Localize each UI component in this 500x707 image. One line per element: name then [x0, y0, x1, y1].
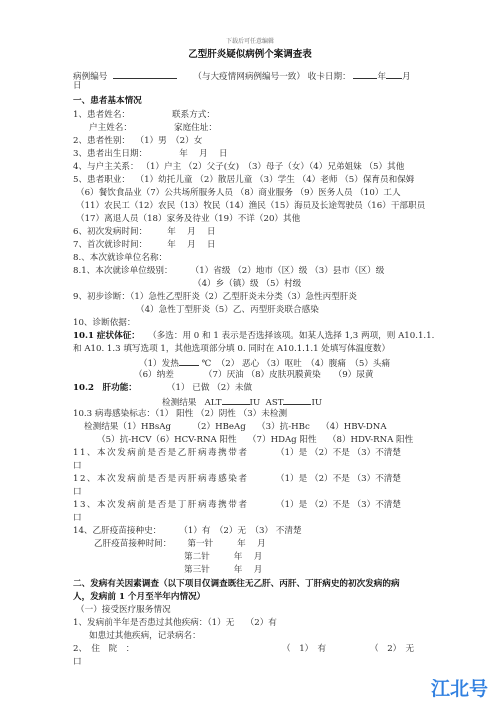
- q13-checkbox[interactable]: 口: [73, 513, 82, 524]
- unit-level-options-1[interactable]: （1）省级 （2）地市（区）级 （3）县市（区）级: [191, 266, 385, 276]
- result-label: 检测结果: [162, 398, 196, 408]
- virus-marker-label: 10.3 病毒感染标志：: [73, 409, 155, 419]
- diagnosis-options-1[interactable]: （1）急性乙型肝炎（2）乙型肝炎未分类（3）急性丙型肝炎: [130, 292, 357, 302]
- s2-q2-row: 2、 住 院 ：: [73, 644, 134, 655]
- liver-function-label: 10.2 肝功能：: [73, 383, 137, 393]
- q12-checkbox[interactable]: 口: [73, 487, 82, 498]
- onset-date-label: 6、初次发病时间：: [73, 227, 147, 237]
- q101-row: 10.1 症状体征： （多选：用 0 和 1 表示是否选择该项。如某人选择 1,…: [73, 331, 434, 342]
- diagnosis-options-2[interactable]: （4）急性丁型肝炎（5）乙、丙型肝炎联合感染: [136, 305, 319, 316]
- liver-function-options[interactable]: （1） 已做 （2）未做: [167, 383, 252, 393]
- q10-basis: 10、诊断依据：: [73, 318, 136, 329]
- header-note: 下载后可任意编辑: [0, 36, 500, 45]
- q102-row: 10.2 肝功能：（1） 已做 （2）未做: [73, 383, 252, 394]
- birthdate-fields[interactable]: 年 月 日: [179, 149, 227, 159]
- hospitalized-no[interactable]: （ 2） 无: [370, 644, 414, 655]
- section1-heading: 一、患者基本情况: [73, 96, 142, 107]
- liver-result-row: 检测结果 ALTIU ASTIU: [162, 396, 322, 409]
- s2-q1-note: 如患过其他疾病，记录病名：: [89, 631, 201, 642]
- q13-row: 13、本次发病前是否是丁肝病毒携带者: [73, 500, 248, 511]
- symptoms-options-2[interactable]: （6）纳差 （7）厌油 （8）皮肤巩膜黄染 （9）尿黄: [134, 370, 373, 381]
- hbv-carrier-options[interactable]: （1）是 （2）不是 （3）不清楚: [276, 448, 401, 459]
- contact-label: 联系方式：: [172, 110, 215, 120]
- section2-sub1: （一）接受医疗服务情况: [76, 605, 171, 616]
- temperature-field[interactable]: [179, 357, 199, 366]
- virus-marker-options[interactable]: （1） 阳性 （2）阴性 （3）未检测: [155, 409, 287, 419]
- gender-options[interactable]: （1）男 （2）女: [136, 136, 203, 146]
- year-label: 年: [377, 72, 386, 82]
- unit-level-options-2[interactable]: （4）乡（镇）级 （5）村级: [193, 279, 301, 290]
- q9-row: 9、初步诊断：（1）急性乙型肝炎（2）乙型肝炎未分类（3）急性丙型肝炎: [73, 292, 357, 303]
- vaccine-dose3-row: 第三针年 月: [184, 565, 262, 576]
- dose3-date[interactable]: 年 月: [234, 565, 263, 575]
- vaccine-dose2-row: 第二针年 月: [184, 552, 262, 563]
- q11-checkbox[interactable]: 口: [73, 461, 82, 472]
- section2-heading-2: 人，发病前 1 个月至半年内情况）: [73, 592, 205, 603]
- householder-row: 户主姓名：家庭住址：: [89, 123, 217, 134]
- hbv-carrier-label: 11、本次发病前是否是乙肝病毒携带者: [73, 448, 248, 458]
- document-page: 下载后可任意编辑 乙型肝炎疑似病例个案调查表 病例编号 （与大疫情网病例编号一致…: [0, 0, 500, 707]
- address-label: 家庭住址：: [174, 123, 217, 133]
- q1-row: 1、患者姓名：联系方式：: [73, 110, 215, 121]
- q2-row: 2、患者性别： （1）男 （2）女: [73, 136, 202, 147]
- q103-row: 10.3 病毒感染标志：（1） 阳性 （2）阴性 （3）未检测: [73, 409, 287, 420]
- case-number-note: （与大疫情网病例编号一致）: [193, 72, 305, 82]
- occupation-label: 5、患者职业：: [73, 175, 130, 185]
- section2-heading-1: 二、发病有关因素调查（以下项目仅调查既往无乙肝、丙肝、丁肝病史的初次发病的病: [73, 579, 400, 590]
- birthdate-label: 3、患者出生日期：: [73, 149, 147, 159]
- q14-row: 14、乙肝疫苗接种史：（1）有 （2）无 （3） 不清楚: [73, 526, 302, 537]
- relation-label: 4、与户主关系：: [73, 162, 139, 172]
- hdv-carrier-options[interactable]: （1）是 （2）不是 （3）不清楚: [276, 500, 401, 511]
- first-visit-label: 7、首次就诊时间：: [73, 240, 147, 250]
- alt-field[interactable]: [222, 396, 250, 405]
- q6-row: 6、初次发病时间：年 月 日: [73, 227, 216, 238]
- occupation-options-2[interactable]: （6）餐饮食品业（7）公共场所服务人员 （8）商业服务 （9）医务人员 （10）…: [76, 188, 401, 199]
- occupation-options-4[interactable]: （17）离退人员（18）家务及待业（19）不详（20）其他: [76, 214, 300, 225]
- q3-row: 3、患者出生日期：年 月 日: [73, 149, 228, 160]
- dose3-label: 第三针: [184, 565, 210, 575]
- hdv-carrier-label: 13、本次发病前是否是丁肝病毒携带者: [73, 500, 248, 510]
- receive-date-label: 收卡日期：: [308, 72, 351, 82]
- onset-date-fields[interactable]: 年 月 日: [167, 227, 215, 237]
- q7-row: 7、首次就诊时间：年 月 日: [73, 240, 216, 251]
- case-number-field[interactable]: [113, 70, 177, 79]
- symptoms-note-2: 和 A10. 1.3 填写选项 1，其他选项部分填 0. 同时在 A10.1.1…: [73, 344, 390, 355]
- householder-label: 户主姓名：: [89, 123, 132, 133]
- day-label: 日: [73, 81, 82, 92]
- ast-unit: IU: [311, 398, 322, 408]
- symptom-options-rest[interactable]: （2） 恶心 （3）呕吐 （4）腹痛 （5）头痛: [217, 359, 390, 369]
- unit-level-label: 8.1、本次就诊单位级别：: [73, 266, 173, 276]
- first-visit-fields[interactable]: 年 月 日: [167, 240, 215, 250]
- q5-row: 5、患者职业： （1）幼托儿童 （2）散居儿童 （3）学生 （4）老师 （5）保…: [73, 175, 414, 186]
- dose2-label: 第二针: [184, 552, 210, 562]
- hcv-infected-label: 12、本次发病前是否是丙肝病毒感染者: [73, 474, 248, 484]
- q11-row: 11、本次发病前是否是乙肝病毒携带者: [73, 448, 248, 459]
- fever-option[interactable]: （1）发热: [139, 359, 179, 369]
- q12-row: 12、本次发病前是否是丙肝病毒感染者: [73, 474, 248, 485]
- q81-row: 8.1、本次就诊单位级别：（1）省级 （2）地市（区）级 （3）县市（区）级: [73, 266, 384, 277]
- dose1-date[interactable]: 年 月: [237, 539, 266, 549]
- symptoms-note-1: （多选：用 0 和 1 表示是否选择该项。如某人选择 1,3 两项，则 A10.…: [148, 331, 434, 341]
- gender-label: 2、患者性别：: [73, 136, 130, 146]
- s2-q1-row[interactable]: 1、发病前半年是否患过其他疾病：（1）无 （2）有: [73, 618, 277, 629]
- dose2-date[interactable]: 年 月: [234, 552, 263, 562]
- vaccine-dose1-row: 乙肝疫苗接种时间：第一针年 月: [94, 539, 266, 550]
- virus-marker-results-1[interactable]: 检测结果（1）HBsAg （2）HBeAg （3）抗-HBc （4）HBV-DN…: [84, 422, 387, 433]
- hospitalized-yes[interactable]: （ 1） 有: [282, 644, 326, 655]
- alt-unit: IU: [250, 398, 261, 408]
- diagnosis-label: 9、初步诊断：: [73, 292, 130, 302]
- page-title: 乙型肝炎疑似病例个案调查表: [0, 46, 500, 60]
- occupation-options-3[interactable]: （11）农民工（12）农民（13）牧民（14）渔民（15）海员及长途驾驶员（16…: [76, 201, 425, 212]
- symptoms-options-1[interactable]: （1）发热 ℃ （2） 恶心 （3）呕吐 （4）腹痛 （5）头痛: [139, 357, 390, 370]
- vaccine-history-options[interactable]: （1）有 （2）无 （3） 不清楚: [179, 526, 301, 536]
- dose1-label: 第一针: [187, 539, 213, 549]
- relation-options[interactable]: （1）户主 （2）父子(女) （3）母子（女）（4）兄弟姐妹 （5）其他: [141, 162, 404, 172]
- s2-q2-checkbox[interactable]: 口: [73, 657, 82, 668]
- month-label: 月: [402, 72, 411, 82]
- case-number-row: 病例编号 （与大疫情网病例编号一致） 收卡日期： 年月: [73, 70, 411, 83]
- ast-field[interactable]: [283, 396, 311, 405]
- occupation-options-1[interactable]: （1）幼托儿童 （2）散居儿童 （3）学生 （4）老师 （5）保育员和保姆: [136, 175, 415, 185]
- q4-row: 4、与户主关系： （1）户主 （2）父子(女) （3）母子（女）（4）兄弟姐妹 …: [73, 162, 404, 173]
- watermark-logo: 江北号: [431, 674, 488, 701]
- hcv-infected-options[interactable]: （1）是 （2）不是 （3）不清楚: [276, 474, 401, 485]
- ast-label: AST: [266, 398, 284, 408]
- alt-label: ALT: [205, 398, 222, 408]
- receive-month-field[interactable]: [386, 70, 402, 79]
- q8-visit-unit: 8.、本次就诊单位名称：: [73, 253, 167, 264]
- vaccine-history-label: 14、乙肝疫苗接种史：: [73, 526, 161, 536]
- vaccine-time-label: 乙肝疫苗接种时间：: [94, 539, 171, 549]
- hospitalized-label: 2、 住 院 ：: [73, 644, 134, 654]
- patient-name-label: 1、患者姓名：: [73, 110, 130, 120]
- virus-marker-results-2[interactable]: （5）抗-HCV（6）HCV-RNA 阳性 （7）HDAg 阳性 （8）HDV-…: [97, 435, 413, 446]
- symptoms-label: 10.1 症状体征：: [73, 331, 140, 341]
- receive-year-field[interactable]: [353, 70, 377, 79]
- celsius-unit: ℃: [202, 359, 212, 369]
